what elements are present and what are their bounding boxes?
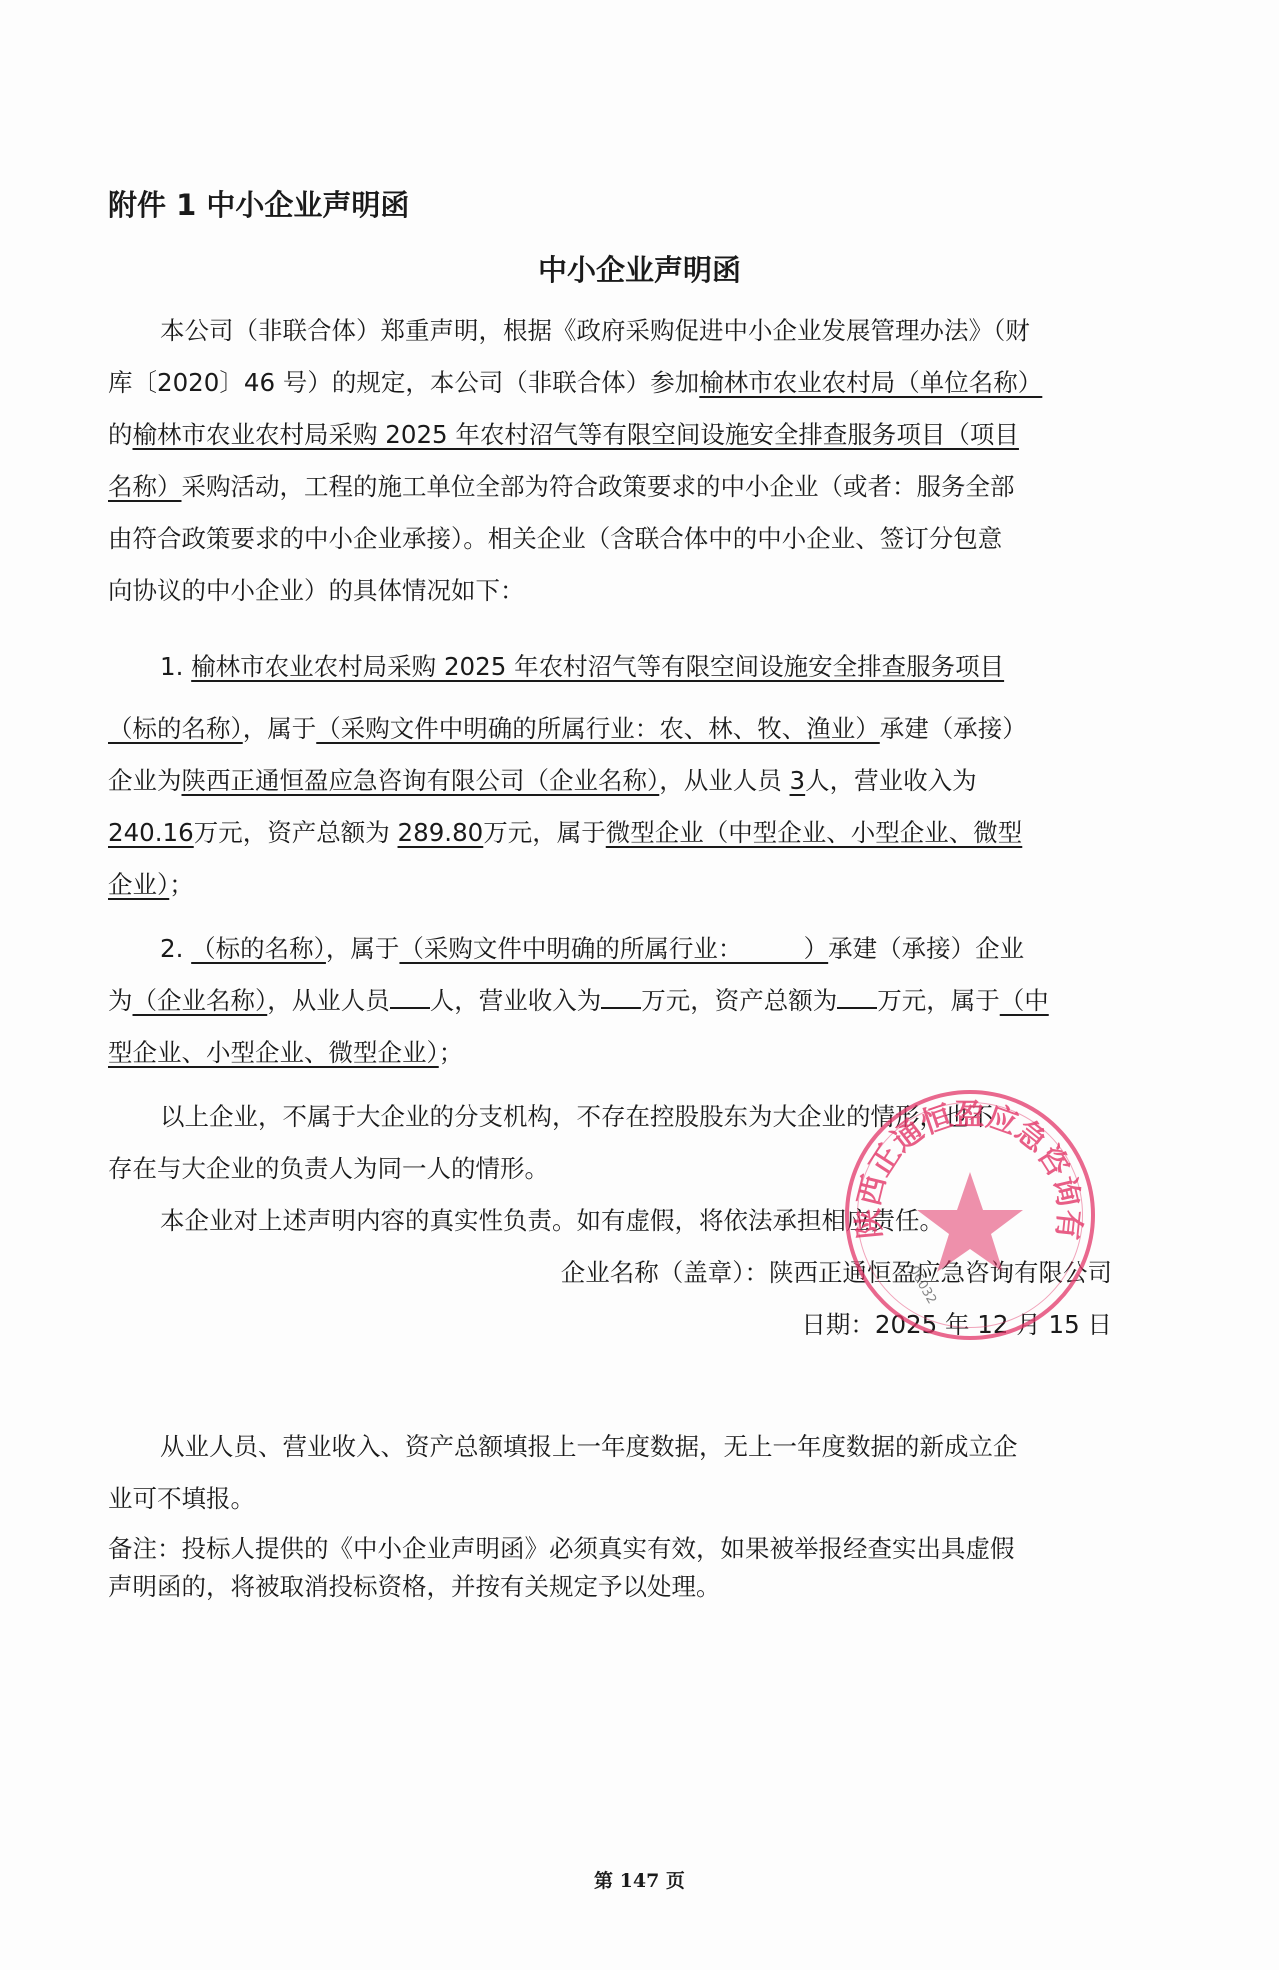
note-line-1: 从业人员、营业收入、资产总额填报上一年度数据，无上一年度数据的新成立企 bbox=[160, 1428, 1165, 1463]
unit-name-field: 榆林市农业农村局（单位名称） bbox=[699, 368, 1042, 397]
item-2-line-1: 2. （标的名称），属于（采购文件中明确的所属行业： ）承建（承接）企业 bbox=[160, 930, 1165, 965]
intro-line-1: 本公司（非联合体）郑重声明，根据《政府采购促进中小企业发展管理办法》（财 bbox=[160, 312, 1165, 347]
enterprise-name-field: 陕西正通恒盈应急咨询有限公司（企业名称） bbox=[182, 766, 660, 795]
blank-assets bbox=[837, 1006, 877, 1009]
item-1-line-4: 240.16万元，资产总额为 289.80万元，属于微型企业（中型企业、小型企业… bbox=[108, 814, 1113, 849]
intro-line-3: 的榆林市农业农村局采购 2025 年农村沼气等有限空间设施安全排查服务项目（项目 bbox=[108, 416, 1113, 451]
industry-field: （采购文件中明确的所属行业：农、林、牧、渔业） bbox=[316, 714, 880, 743]
item-2-line-3: 型企业、小型企业、微型企业）； bbox=[108, 1034, 1113, 1069]
item-1-line-5: 企业）； bbox=[108, 866, 1113, 901]
item-1-line-2: （标的名称），属于（采购文件中明确的所属行业：农、林、牧、渔业）承建（承接） bbox=[108, 710, 1113, 745]
intro-line-6: 向协议的中小企业）的具体情况如下： bbox=[108, 572, 1113, 607]
svg-text:06032: 06032 bbox=[906, 1264, 940, 1307]
assets-field: 289.80 bbox=[398, 818, 484, 847]
page-number: 第 147 页 bbox=[0, 1866, 1279, 1893]
blank-revenue bbox=[601, 1006, 641, 1009]
subject-name-field: 榆林市农业农村局采购 2025 年农村沼气等有限空间设施安全排查服务项目 bbox=[191, 652, 1004, 681]
staff-count-field: 3 bbox=[790, 766, 806, 795]
revenue-field: 240.16 bbox=[108, 818, 194, 847]
item-1-line-3: 企业为陕西正通恒盈应急咨询有限公司（企业名称），从业人员 3人，营业收入为 bbox=[108, 762, 1113, 797]
seal-star-icon: 陕西正通恒盈应急咨询有限公司 06032 bbox=[849, 1094, 1091, 1336]
item-1-line-1: 1. 榆林市农业农村局采购 2025 年农村沼气等有限空间设施安全排查服务项目 bbox=[160, 648, 1165, 683]
remark-line-2: 声明函的，将被取消投标资格，并按有关规定予以处理。 bbox=[108, 1568, 1113, 1603]
company-seal-stamp: 陕西正通恒盈应急咨询有限公司 06032 bbox=[845, 1090, 1095, 1340]
document-title: 中小企业声明函 bbox=[0, 248, 1279, 289]
intro-line-5: 由符合政策要求的中小企业承接）。相关企业（含联合体中的中小企业、签订分包意 bbox=[108, 520, 1113, 555]
blank-staff bbox=[390, 1006, 430, 1009]
enterprise-type-field: 微型企业（中型企业、小型企业、微型 bbox=[606, 818, 1023, 847]
intro-line-4: 名称）采购活动，工程的施工单位全部为符合政策要求的中小企业（或者：服务全部 bbox=[108, 468, 1113, 503]
document-page: 附件 1 中小企业声明函 中小企业声明函 本公司（非联合体）郑重声明，根据《政府… bbox=[0, 0, 1279, 1970]
note-line-2: 业可不填报。 bbox=[108, 1480, 1113, 1515]
intro-line-2: 库〔2020〕46 号）的规定，本公司（非联合体）参加榆林市农业农村局（单位名称… bbox=[108, 364, 1113, 399]
remark-line-1: 备注：投标人提供的《中小企业声明函》必须真实有效，如果被举报经查实出具虚假 bbox=[108, 1530, 1113, 1565]
project-name-field: 榆林市农业农村局采购 2025 年农村沼气等有限空间设施安全排查服务项目（项目 bbox=[133, 420, 1019, 449]
item-2-line-2: 为（企业名称），从业人员人，营业收入为万元，资产总额为万元，属于（中 bbox=[108, 982, 1113, 1017]
attachment-heading: 附件 1 中小企业声明函 bbox=[108, 183, 409, 224]
